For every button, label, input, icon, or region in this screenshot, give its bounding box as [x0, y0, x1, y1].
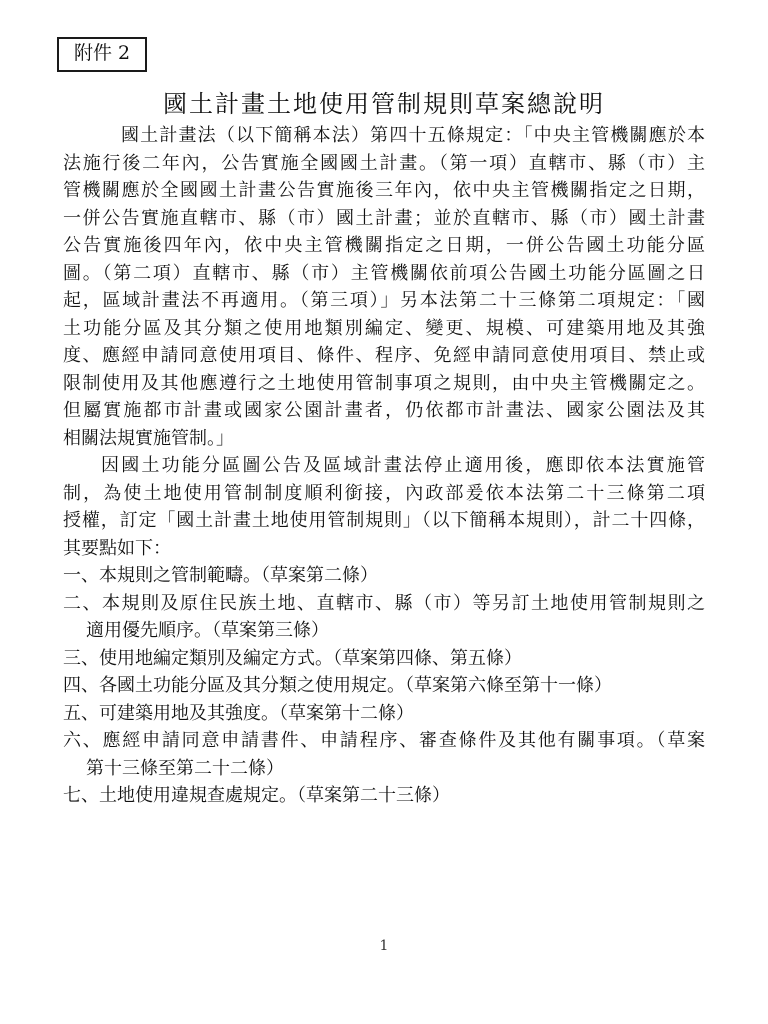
text-line: 管機關應於全國國土計畫公告實施後三年內，依中央主管機關指定之日期， [63, 177, 705, 205]
text-line: 限制使用及其他應遵行之土地使用管制事項之規則，由中央主管機關定之。 [63, 370, 705, 398]
text-line: 一併公告實施直轄市、縣（市）國土計畫；並於直轄市、縣（市）國土計畫 [63, 205, 705, 233]
text-line: 起，區域計畫法不再適用。（第三項）」另本法第二十三條第二項規定：「國 [63, 287, 705, 315]
text-line: 七、土地使用違規查處規定。（草案第二十三條） [63, 782, 705, 810]
text-line: 公告實施後四年內，依中央主管機關指定之日期，一併公告國土功能分區 [63, 232, 705, 260]
list-item: 七、土地使用違規查處規定。（草案第二十三條） [63, 782, 705, 810]
text-line: 六、應經申請同意申請書件、申請程序、審查條件及其他有關事項。（草案 [63, 727, 705, 755]
text-line: 一、本規則之管制範疇。（草案第二條） [63, 562, 705, 590]
text-line: 三、使用地編定類別及編定方式。（草案第四條、第五條） [63, 645, 705, 673]
text-line: 但屬實施都市計畫或國家公園計畫者，仍依都市計畫法、國家公園法及其 [63, 397, 705, 425]
paragraph: 因國土功能分區圖公告及區域計畫法停止適用後，應即依本法實施管制，為使土地使用管制… [63, 452, 705, 562]
text-line: 五、可建築用地及其強度。（草案第十二條） [63, 700, 705, 728]
text-line: 適用優先順序。（草案第三條） [63, 617, 705, 645]
page-number: 1 [0, 938, 768, 954]
text-line: 土功能分區及其分類之使用地類別編定、變更、規模、可建築用地及其強 [63, 315, 705, 343]
text-line: 圖。（第二項）直轄市、縣（市）主管機關依前項公告國土功能分區圖之日 [63, 260, 705, 288]
text-line: 法施行後二年內，公告實施全國國土計畫。（第一項）直轄市、縣（市）主 [63, 150, 705, 178]
list-item: 二、本規則及原住民族土地、直轄市、縣（市）等另訂土地使用管制規則之適用優先順序。… [63, 590, 705, 645]
list-item: 一、本規則之管制範疇。（草案第二條） [63, 562, 705, 590]
text-line: 度、應經申請同意使用項目、條件、程序、免經申請同意使用項目、禁止或 [63, 342, 705, 370]
document-page: 附件 2 國土計畫土地使用管制規則草案總說明 國土計畫法（以下簡稱本法）第四十五… [0, 0, 768, 1024]
document-body: 國土計畫法（以下簡稱本法）第四十五條規定：「中央主管機關應於本法施行後二年內，公… [63, 122, 705, 810]
list-item: 三、使用地編定類別及編定方式。（草案第四條、第五條） [63, 645, 705, 673]
text-line: 授權，訂定「國土計畫土地使用管制規則」（以下簡稱本規則），計二十四條， [63, 507, 705, 535]
text-line: 相關法規實施管制。」 [63, 425, 705, 453]
text-line: 因國土功能分區圖公告及區域計畫法停止適用後，應即依本法實施管 [63, 452, 705, 480]
list-item: 六、應經申請同意申請書件、申請程序、審查條件及其他有關事項。（草案第十三條至第二… [63, 727, 705, 782]
text-line: 二、本規則及原住民族土地、直轄市、縣（市）等另訂土地使用管制規則之 [63, 590, 705, 618]
attachment-label: 附件 2 [74, 42, 130, 64]
attachment-box: 附件 2 [57, 37, 147, 72]
text-line: 四、各國土功能分區及其分類之使用規定。（草案第六條至第十一條） [63, 672, 705, 700]
text-line: 國土計畫法（以下簡稱本法）第四十五條規定：「中央主管機關應於本 [63, 122, 705, 150]
list-item: 五、可建築用地及其強度。（草案第十二條） [63, 700, 705, 728]
page-title: 國土計畫土地使用管制規則草案總說明 [0, 84, 768, 119]
paragraph: 國土計畫法（以下簡稱本法）第四十五條規定：「中央主管機關應於本法施行後二年內，公… [63, 122, 705, 452]
text-line: 制，為使土地使用管制制度順利銜接，內政部爰依本法第二十三條第二項 [63, 480, 705, 508]
text-line: 其要點如下： [63, 535, 705, 563]
text-line: 第十三條至第二十二條） [63, 755, 705, 783]
list-item: 四、各國土功能分區及其分類之使用規定。（草案第六條至第十一條） [63, 672, 705, 700]
